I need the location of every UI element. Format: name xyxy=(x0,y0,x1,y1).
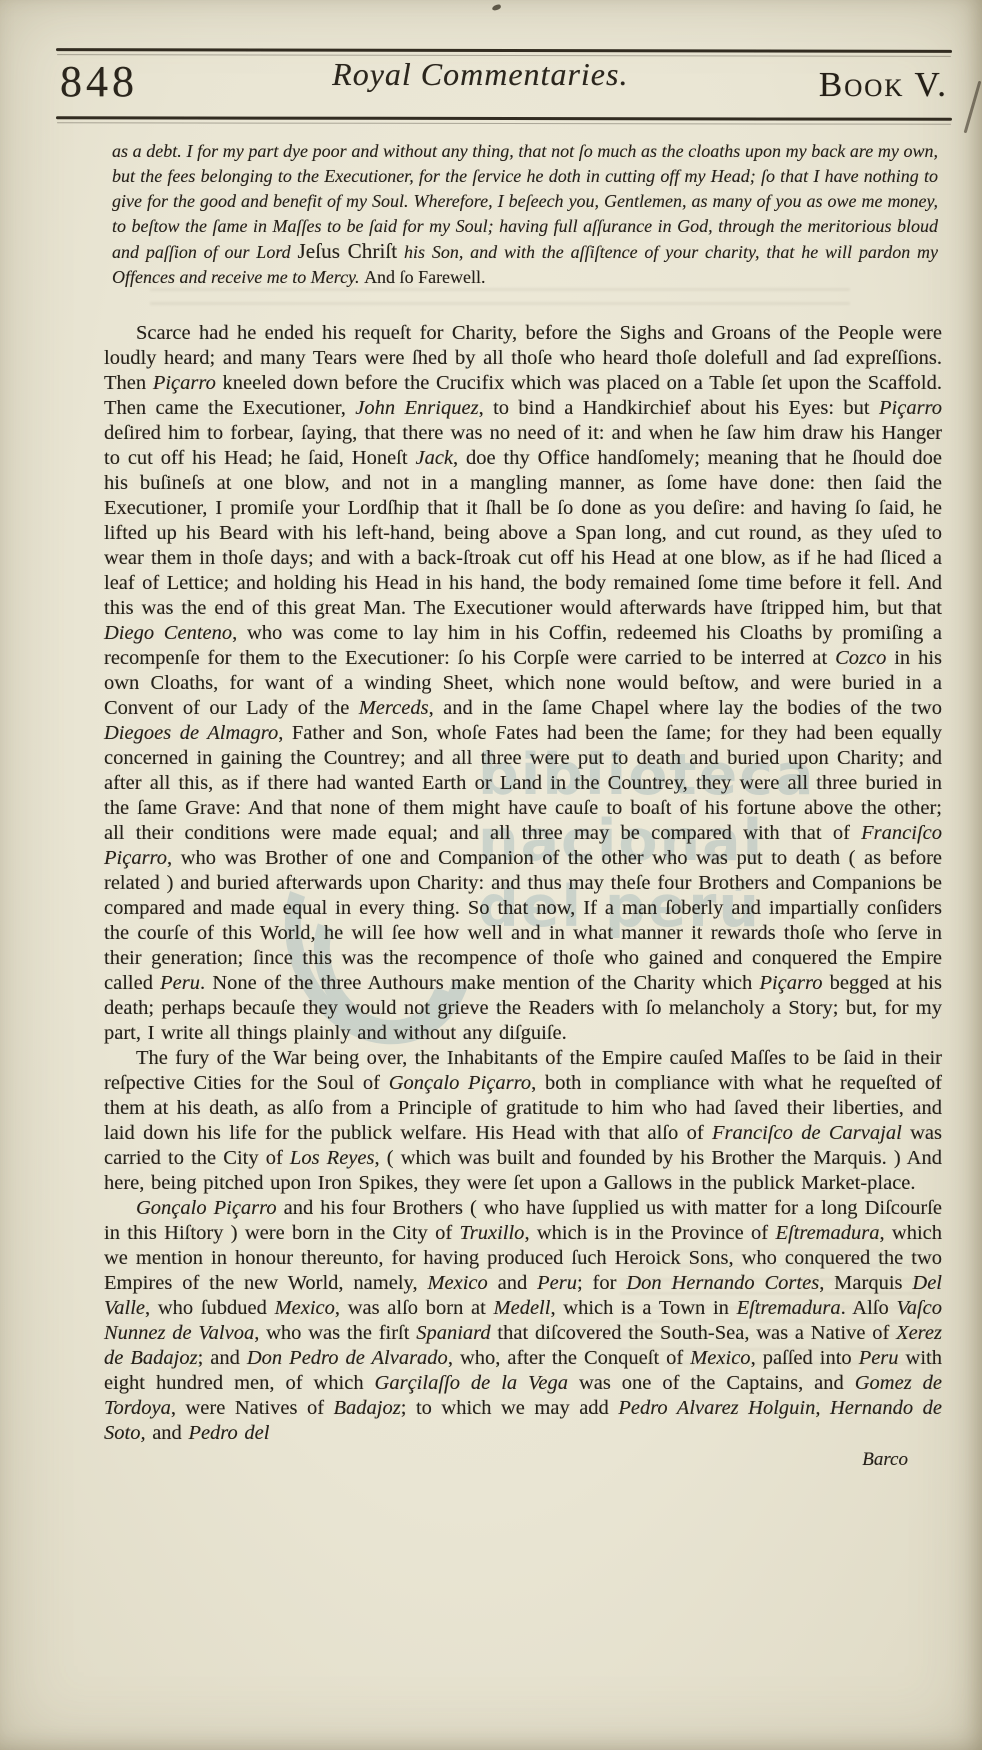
bleed-through xyxy=(150,288,850,316)
top-rule xyxy=(56,48,952,53)
header-rule xyxy=(56,116,952,121)
ink-speck xyxy=(491,4,501,12)
paragraph-execution: Scarce had he ended his requeſt for Char… xyxy=(104,321,942,1046)
body-text: Scarce had he ended his requeſt for Char… xyxy=(104,321,942,1472)
page-number: 848 xyxy=(60,56,138,107)
paragraph-masses-and-heads: The fury of the War being over, the Inha… xyxy=(104,1046,942,1196)
pen-mark xyxy=(964,81,982,134)
dying-speech-quote: as a debt. I for my part dye poor and wi… xyxy=(112,139,938,290)
running-title: Royal Commentaries. xyxy=(332,56,628,93)
catchword: Barco xyxy=(104,1447,942,1472)
page-header: 848 Royal Commentaries. Book V. xyxy=(60,56,948,114)
book-label: Book V. xyxy=(819,65,948,105)
paragraph-picarro-brothers: Gonçalo Piçarro and his four Brothers ( … xyxy=(104,1196,942,1446)
book-page: 848 Royal Commentaries. Book V. bibliote… xyxy=(0,0,982,1750)
